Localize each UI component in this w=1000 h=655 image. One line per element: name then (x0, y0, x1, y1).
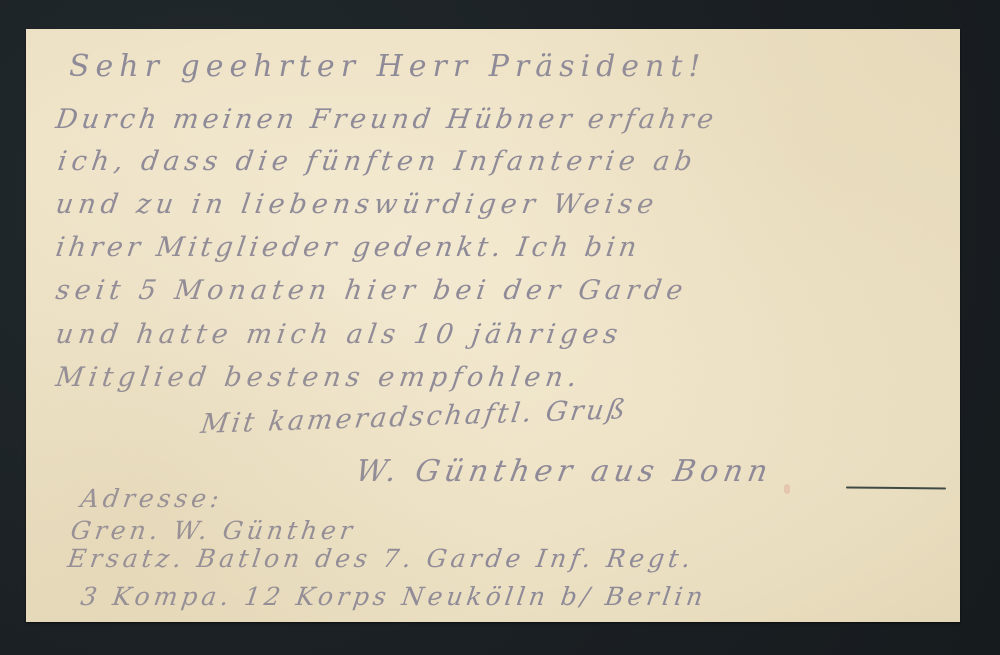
closing: Mit kameradschaftl. Gruß (199, 394, 630, 440)
postcard: Sehr geehrter Herr Präsident! Durch mein… (26, 29, 960, 622)
letter-line: ich, dass die fünften Infanterie ab (56, 146, 699, 177)
letter-line: ihrer Mitglieder gedenkt. Ich bin (54, 232, 643, 263)
red-stain-mark (784, 484, 790, 494)
address-line: 3 Kompa. 12 Korps Neukölln b/ Berlin (79, 582, 709, 611)
signature: W. Günther aus Bonn (353, 454, 775, 489)
salutation: Sehr geehrter Herr Präsident! (69, 49, 707, 84)
letter-line: und hatte mich als 10 jähriges (54, 319, 625, 350)
address-label: Adresse: (79, 484, 225, 513)
letter-line: seit 5 Monaten hier bei der Garde (54, 275, 690, 306)
address-line: Ersatz. Batlon des 7. Garde Inf. Regt. (66, 544, 696, 573)
letter-line: Durch meinen Freund Hübner erfahre (54, 104, 720, 135)
letter-line: Mitglied bestens empfohlen. (54, 362, 584, 393)
address-line: Gren. W. Günther (69, 516, 358, 545)
signature-underline (846, 486, 946, 489)
letter-line: und zu in liebenswürdiger Weise (54, 189, 661, 220)
